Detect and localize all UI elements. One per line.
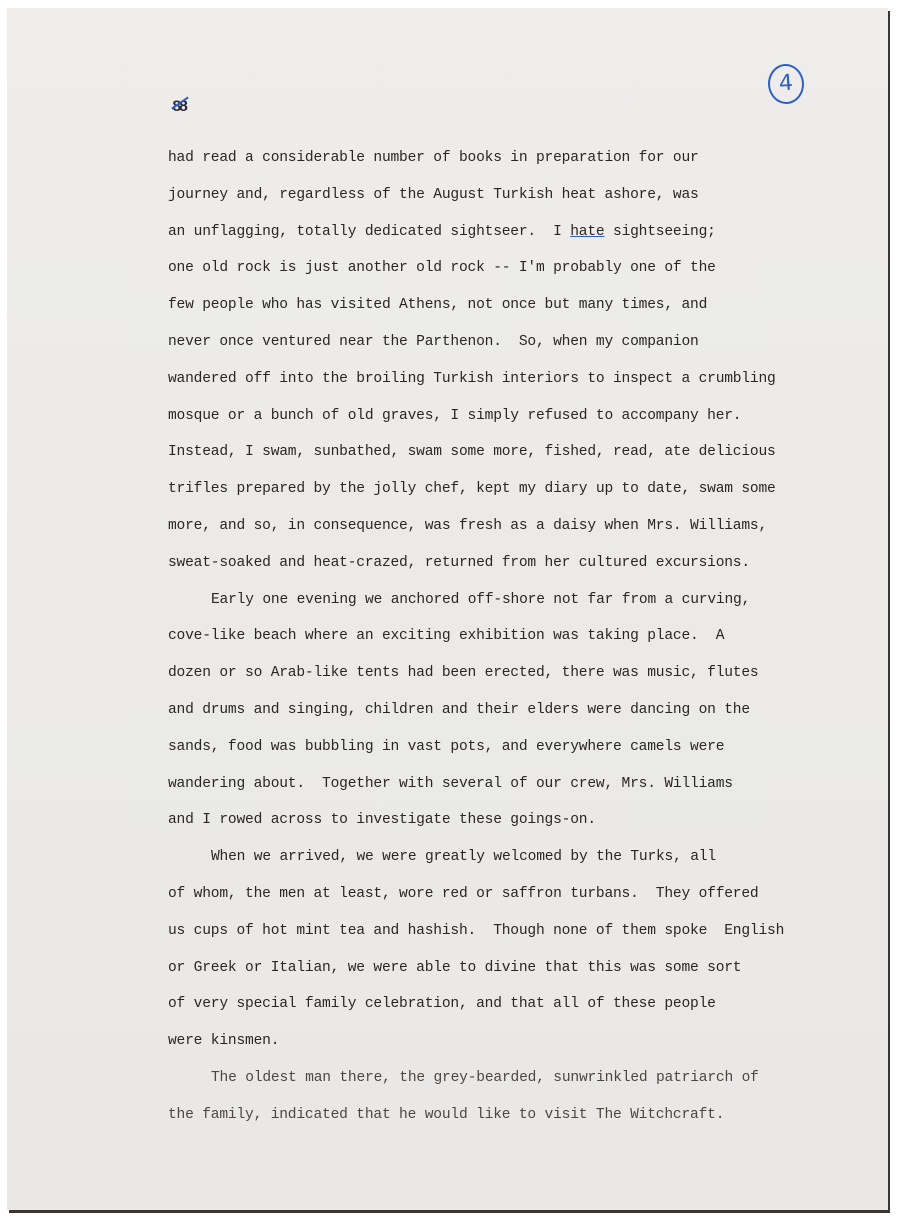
text-line: sweat-soaked and heat-crazed, returned f… <box>168 553 848 590</box>
text-line: and I rowed across to investigate these … <box>168 810 848 847</box>
underlined-word: hate <box>570 224 604 240</box>
text-line: wandered off into the broiling Turkish i… <box>168 369 848 406</box>
text-line: of very special family celebration, and … <box>168 994 848 1031</box>
text-line: one old rock is just another old rock --… <box>168 258 848 295</box>
text-line: never once ventured near the Parthenon. … <box>168 332 848 369</box>
paragraph-start-line: When we arrived, we were greatly welcome… <box>168 847 848 884</box>
text-line: us cups of hot mint tea and hashish. Tho… <box>168 921 848 958</box>
text-segment: sightseeing; <box>604 224 715 240</box>
text-line: mosque or a bunch of old graves, I simpl… <box>168 406 848 443</box>
text-line: and drums and singing, children and thei… <box>168 700 848 737</box>
text-line: of whom, the men at least, wore red or s… <box>168 884 848 921</box>
corner-page-mark: 88 <box>172 98 185 116</box>
body-text: had read a considerable number of books … <box>168 148 848 1142</box>
text-line: or Greek or Italian, we were able to div… <box>168 958 848 995</box>
text-line: more, and so, in consequence, was fresh … <box>168 516 848 553</box>
text-line: trifles prepared by the jolly chef, kept… <box>168 479 848 516</box>
paragraph-start-line: Early one evening we anchored off-shore … <box>168 590 848 627</box>
text-line: an unflagging, totally dedicated sightse… <box>168 222 848 259</box>
text-line: cove-like beach where an exciting exhibi… <box>168 626 848 663</box>
text-line: were kinsmen. <box>168 1031 848 1068</box>
text-line: Instead, I swam, sunbathed, swam some mo… <box>168 442 848 479</box>
text-line: journey and, regardless of the August Tu… <box>168 185 848 222</box>
paragraph-start-line: The oldest man there, the grey-bearded, … <box>168 1068 848 1105</box>
text-line: few people who has visited Athens, not o… <box>168 295 848 332</box>
circled-page-number: 4 <box>767 63 806 105</box>
text-line: the family, indicated that he would like… <box>168 1105 848 1142</box>
text-line: had read a considerable number of books … <box>168 148 848 185</box>
text-segment: an unflagging, totally dedicated sightse… <box>168 224 570 240</box>
text-line: wandering about. Together with several o… <box>168 774 848 811</box>
text-line: dozen or so Arab-like tents had been ere… <box>168 663 848 700</box>
text-line: sands, food was bubbling in vast pots, a… <box>168 737 848 774</box>
